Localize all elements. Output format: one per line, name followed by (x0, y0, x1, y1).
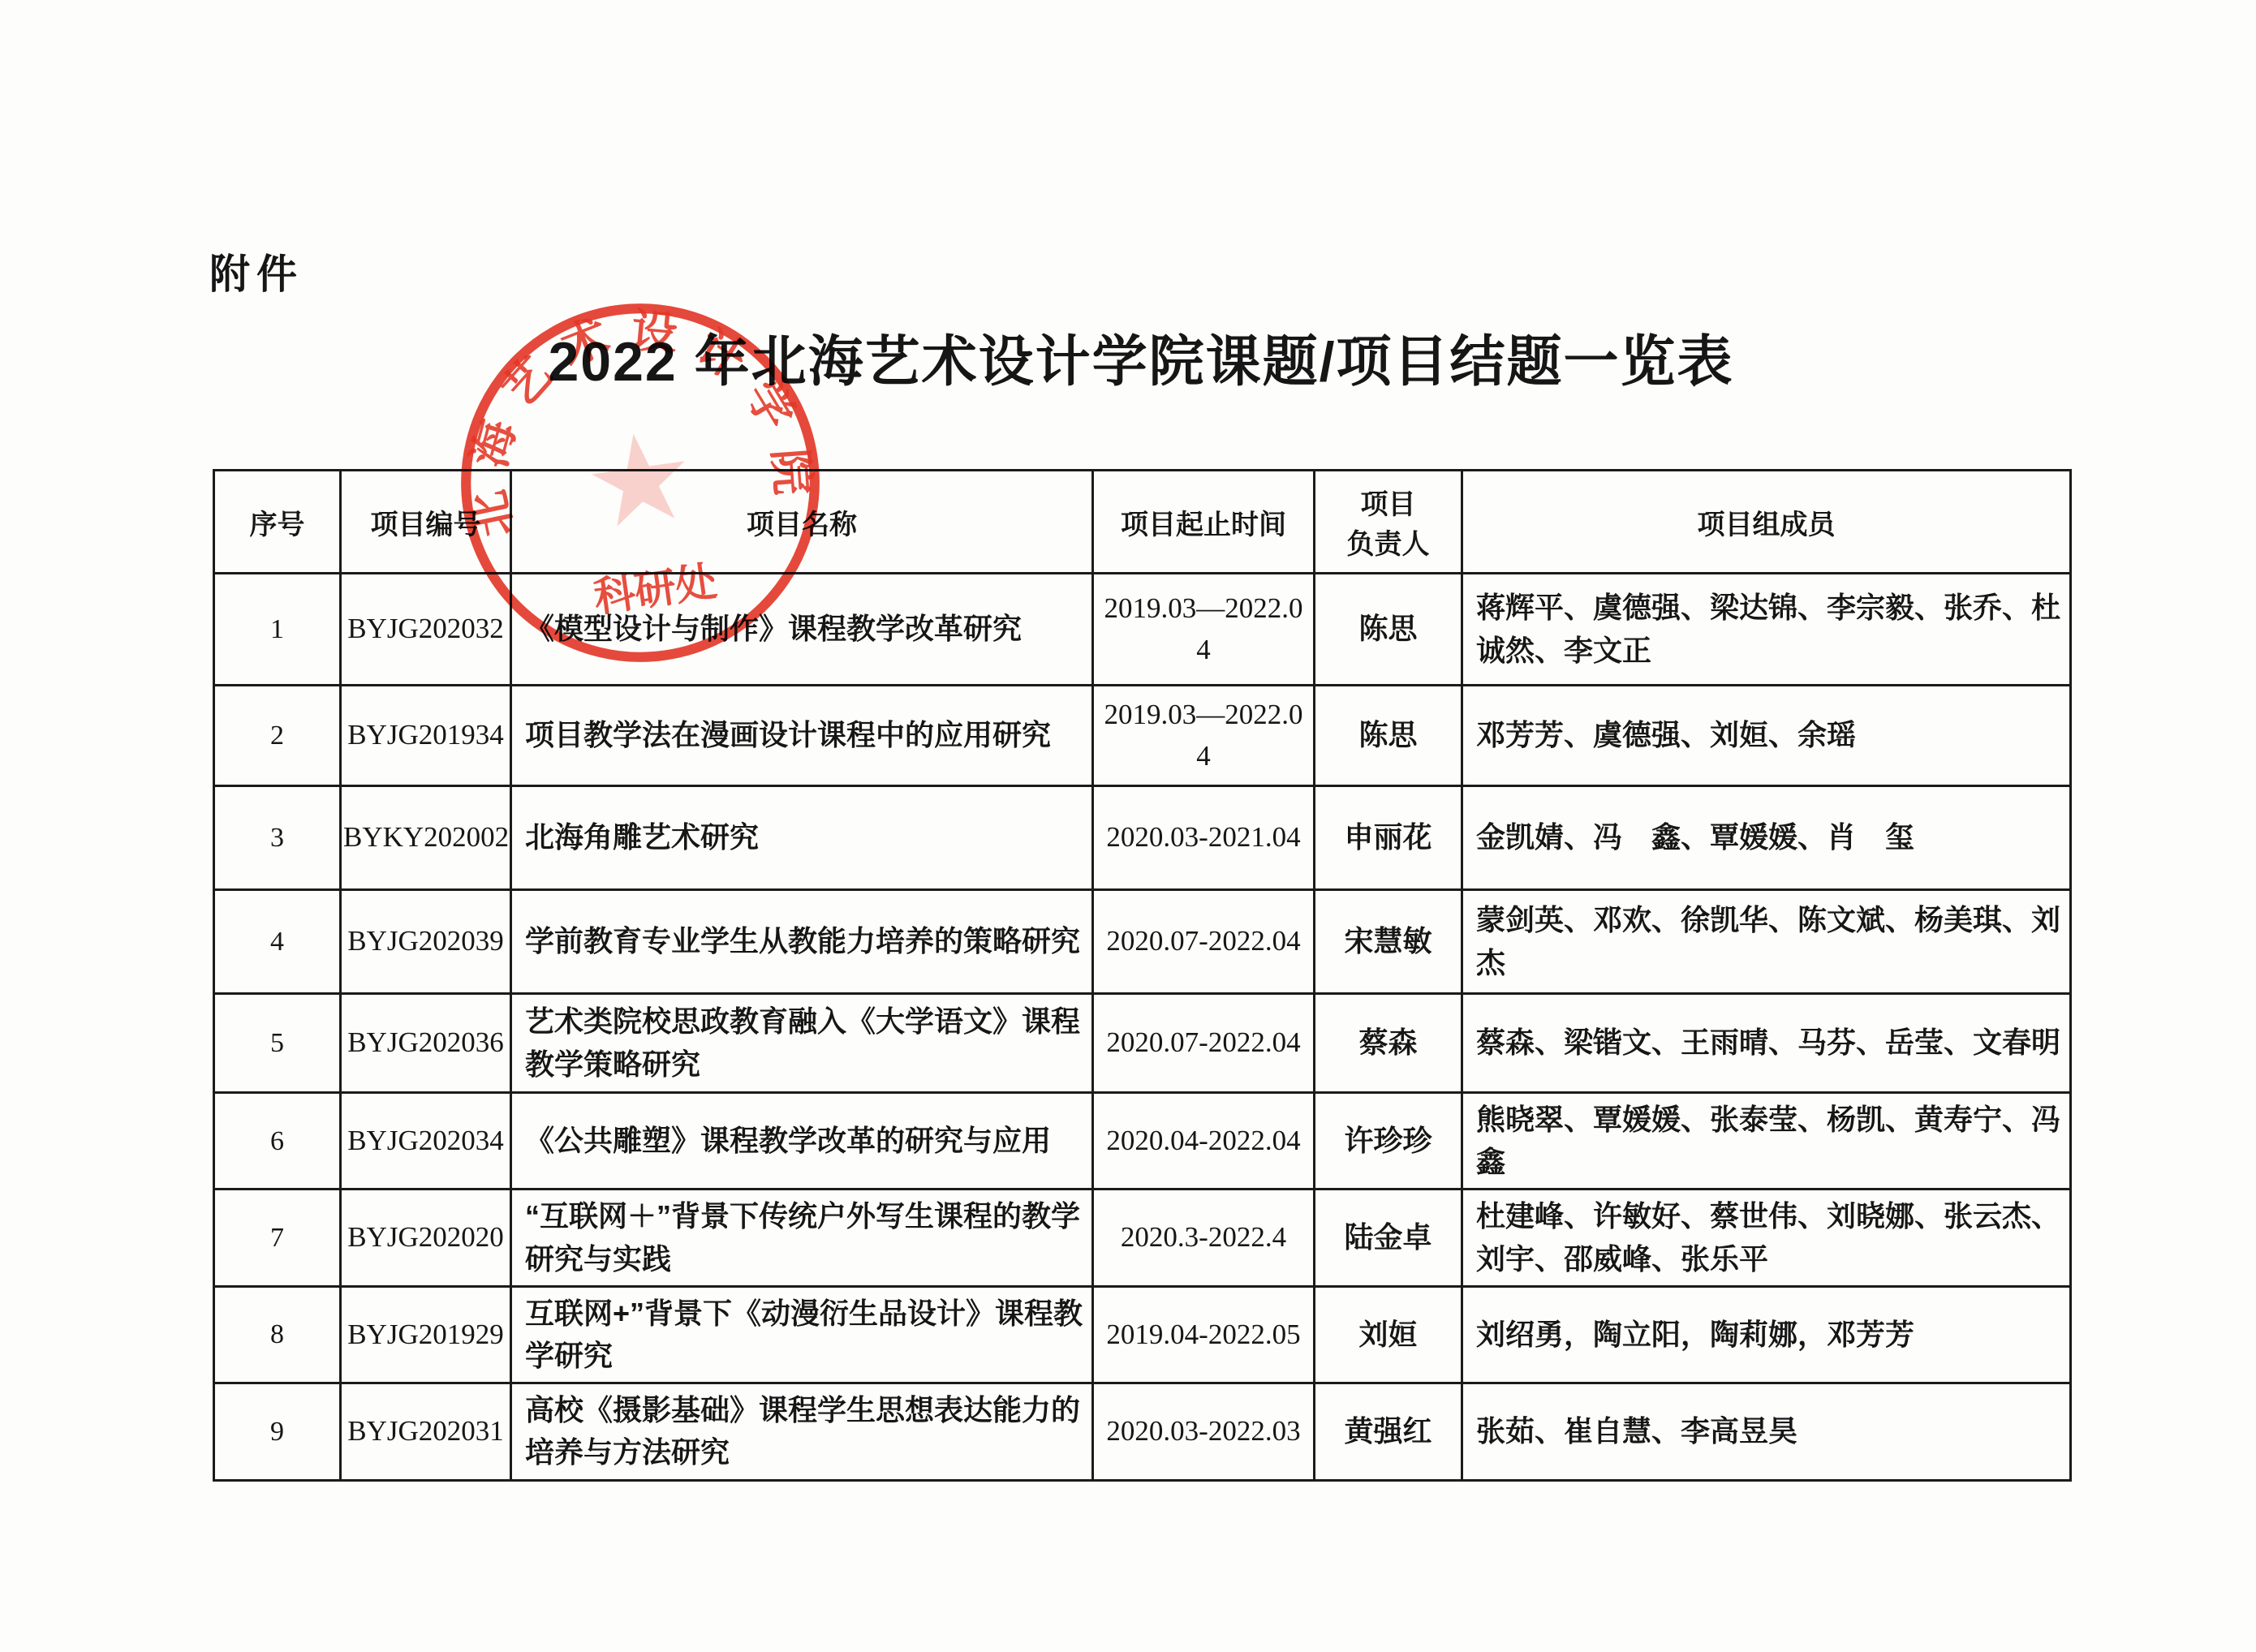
cell-leader: 陈思 (1315, 574, 1462, 686)
cell-name: 互联网+”背景下《动漫衍生品设计》课程教学研究 (511, 1286, 1093, 1383)
cell-leader: 申丽花 (1315, 786, 1462, 890)
table-row: 3BYKY202002北海角雕艺术研究2020.03-2021.04申丽花金凯婧… (214, 786, 2071, 890)
cell-no: 6 (214, 1093, 341, 1190)
table-row: 8BYJG201929互联网+”背景下《动漫衍生品设计》课程教学研究2019.0… (214, 1286, 2071, 1383)
cell-no: 5 (214, 994, 341, 1093)
cell-members: 蔡森、梁锴文、王雨晴、马芬、岳莹、文春明 (1462, 994, 2071, 1093)
cell-members: 熊晓翠、覃媛媛、张泰莹、杨凯、黄寿宁、冯鑫 (1462, 1093, 2071, 1190)
cell-leader: 陆金卓 (1315, 1190, 1462, 1286)
cell-leader: 宋慧敏 (1315, 890, 1462, 994)
cell-no: 1 (214, 574, 341, 686)
table-row: 5BYJG202036艺术类院校思政教育融入《大学语文》课程教学策略研究2020… (214, 994, 2071, 1093)
table-row: 2BYJG201934项目教学法在漫画设计课程中的应用研究2019.03—202… (214, 686, 2071, 786)
cell-members: 蒋辉平、虞德强、梁达锦、李宗毅、张乔、杜诚然、李文正 (1462, 574, 2071, 686)
cell-name: 学前教育专业学生从教能力培养的策略研究 (511, 890, 1093, 994)
cell-period: 2020.07-2022.04 (1093, 994, 1315, 1093)
cell-members: 邓芳芳、虞德强、刘姮、余瑶 (1462, 686, 2071, 786)
cell-name: 北海角雕艺术研究 (511, 786, 1093, 890)
table-header: 序号项目编号项目名称项目起止时间项目 负责人项目组成员 (214, 471, 2071, 574)
cell-code: BYJG201934 (341, 686, 511, 786)
table-body: 1BYJG202032《模型设计与制作》课程教学改革研究2019.03—2022… (214, 574, 2071, 1481)
cell-leader: 许珍珍 (1315, 1093, 1462, 1190)
cell-code: BYJG202039 (341, 890, 511, 994)
table-row: 4BYJG202039学前教育专业学生从教能力培养的策略研究2020.07-20… (214, 890, 2071, 994)
cell-leader: 刘姮 (1315, 1286, 1462, 1383)
page-title: 2022 年北海艺术设计学院课题/项目结题一览表 (213, 318, 2069, 397)
cell-leader: 蔡森 (1315, 994, 1462, 1093)
cell-code: BYJG202032 (341, 574, 511, 686)
cell-name: 《公共雕塑》课程教学改革的研究与应用 (511, 1093, 1093, 1190)
header-row: 序号项目编号项目名称项目起止时间项目 负责人项目组成员 (214, 471, 2071, 574)
table-row: 9BYJG202031高校《摄影基础》课程学生思想表达能力的培养与方法研究202… (214, 1383, 2071, 1480)
column-header-4: 项目 负责人 (1315, 471, 1462, 574)
cell-period: 2019.03—2022.04 (1093, 574, 1315, 686)
cell-members: 刘绍勇，陶立阳，陶莉娜，邓芳芳 (1462, 1286, 2071, 1383)
cell-no: 3 (214, 786, 341, 890)
cell-code: BYJG202034 (341, 1093, 511, 1190)
attachment-label: 附件 (209, 242, 304, 300)
cell-code: BYKY202002 (341, 786, 511, 890)
column-header-2: 项目名称 (511, 471, 1093, 574)
cell-name: 高校《摄影基础》课程学生思想表达能力的培养与方法研究 (511, 1383, 1093, 1480)
cell-period: 2020.04-2022.04 (1093, 1093, 1315, 1190)
cell-no: 8 (214, 1286, 341, 1383)
cell-leader: 陈思 (1315, 686, 1462, 786)
cell-name: 艺术类院校思政教育融入《大学语文》课程教学策略研究 (511, 994, 1093, 1093)
cell-period: 2020.03-2021.04 (1093, 786, 1315, 890)
cell-no: 2 (214, 686, 341, 786)
cell-period: 2020.03-2022.03 (1093, 1383, 1315, 1480)
table-row: 7BYJG202020“互联网＋”背景下传统户外写生课程的教学研究与实践2020… (214, 1190, 2071, 1286)
cell-period: 2020.07-2022.04 (1093, 890, 1315, 994)
cell-period: 2019.04-2022.05 (1093, 1286, 1315, 1383)
cell-code: BYJG201929 (341, 1286, 511, 1383)
projects-table: 序号项目编号项目名称项目起止时间项目 负责人项目组成员 1BYJG202032《… (213, 469, 2072, 1482)
cell-members: 张茹、崔自慧、李高昱昊 (1462, 1383, 2071, 1480)
column-header-3: 项目起止时间 (1093, 471, 1315, 574)
cell-code: BYJG202031 (341, 1383, 511, 1480)
cell-members: 杜建峰、许敏好、蔡世伟、刘晓娜、张云杰、刘宇、邵威峰、张乐平 (1462, 1190, 2071, 1286)
table-row: 6BYJG202034《公共雕塑》课程教学改革的研究与应用2020.04-202… (214, 1093, 2071, 1190)
cell-name: “互联网＋”背景下传统户外写生课程的教学研究与实践 (511, 1190, 1093, 1286)
cell-code: BYJG202036 (341, 994, 511, 1093)
column-header-1: 项目编号 (341, 471, 511, 574)
cell-code: BYJG202020 (341, 1190, 511, 1286)
cell-name: 《模型设计与制作》课程教学改革研究 (511, 574, 1093, 686)
cell-name: 项目教学法在漫画设计课程中的应用研究 (511, 686, 1093, 786)
cell-no: 4 (214, 890, 341, 994)
cell-no: 7 (214, 1190, 341, 1286)
table-row: 1BYJG202032《模型设计与制作》课程教学改革研究2019.03—2022… (214, 574, 2071, 686)
column-header-0: 序号 (214, 471, 341, 574)
cell-leader: 黄强红 (1315, 1383, 1462, 1480)
cell-period: 2019.03—2022.04 (1093, 686, 1315, 786)
cell-members: 金凯婧、冯 鑫、覃媛媛、肖 玺 (1462, 786, 2071, 890)
cell-period: 2020.3-2022.4 (1093, 1190, 1315, 1286)
column-header-5: 项目组成员 (1462, 471, 2071, 574)
cell-members: 蒙剑英、邓欢、徐凯华、陈文斌、杨美琪、刘杰 (1462, 890, 2071, 994)
cell-no: 9 (214, 1383, 341, 1480)
